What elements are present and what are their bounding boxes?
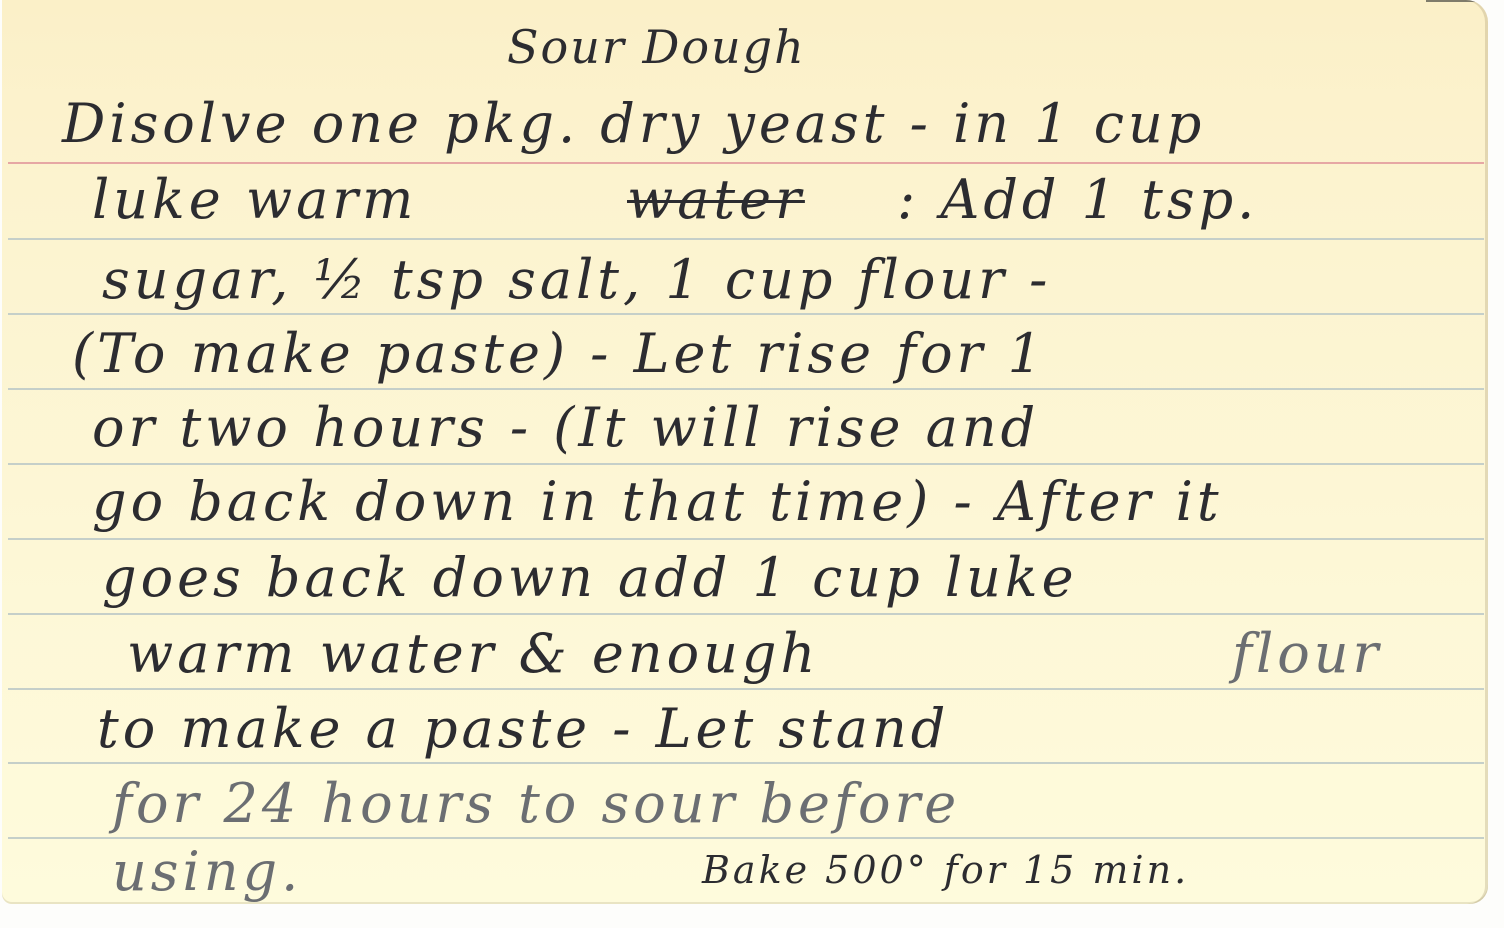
- recipe-line-11: using.: [112, 840, 302, 903]
- recipe-line-2b: : Add 1 tsp.: [897, 168, 1258, 231]
- ruled-line: [8, 463, 1484, 465]
- recipe-line-10: for 24 hours to sour before: [112, 772, 960, 835]
- recipe-line-5: or two hours - (It will rise and: [92, 396, 1039, 459]
- recipe-line-3: sugar, ½ tsp salt, 1 cup flour -: [102, 248, 1051, 311]
- ruled-line: [8, 762, 1484, 764]
- baking-note: Bake 500° for 15 min.: [702, 848, 1189, 892]
- ruled-line: [8, 238, 1484, 240]
- ruled-line: [8, 538, 1484, 540]
- recipe-line-6: go back down in that time) - After it: [92, 470, 1223, 533]
- recipe-line-2a: luke warm: [92, 168, 417, 231]
- red-header-rule: [8, 162, 1484, 164]
- recipe-line-4: (To make paste) - Let rise for 1: [72, 322, 1046, 385]
- recipe-card: Sour Dough Disolve one pkg. dry yeast - …: [2, 0, 1488, 904]
- recipe-title: Sour Dough: [507, 20, 806, 74]
- recipe-line-7: goes back down add 1 cup luke: [102, 546, 1078, 609]
- ruled-line: [8, 613, 1484, 615]
- recipe-line-9: to make a paste - Let stand: [97, 697, 949, 760]
- ruled-line: [8, 313, 1484, 315]
- recipe-line-8b: flour: [1232, 622, 1382, 685]
- recipe-line-8a: warm water & enough: [127, 622, 819, 685]
- recipe-line-1: Disolve one pkg. dry yeast - in 1 cup: [62, 92, 1205, 155]
- ruled-line: [8, 688, 1484, 690]
- ruled-line: [8, 388, 1484, 390]
- recipe-line-2-struck-word: water: [627, 168, 805, 231]
- ruled-line: [8, 837, 1484, 839]
